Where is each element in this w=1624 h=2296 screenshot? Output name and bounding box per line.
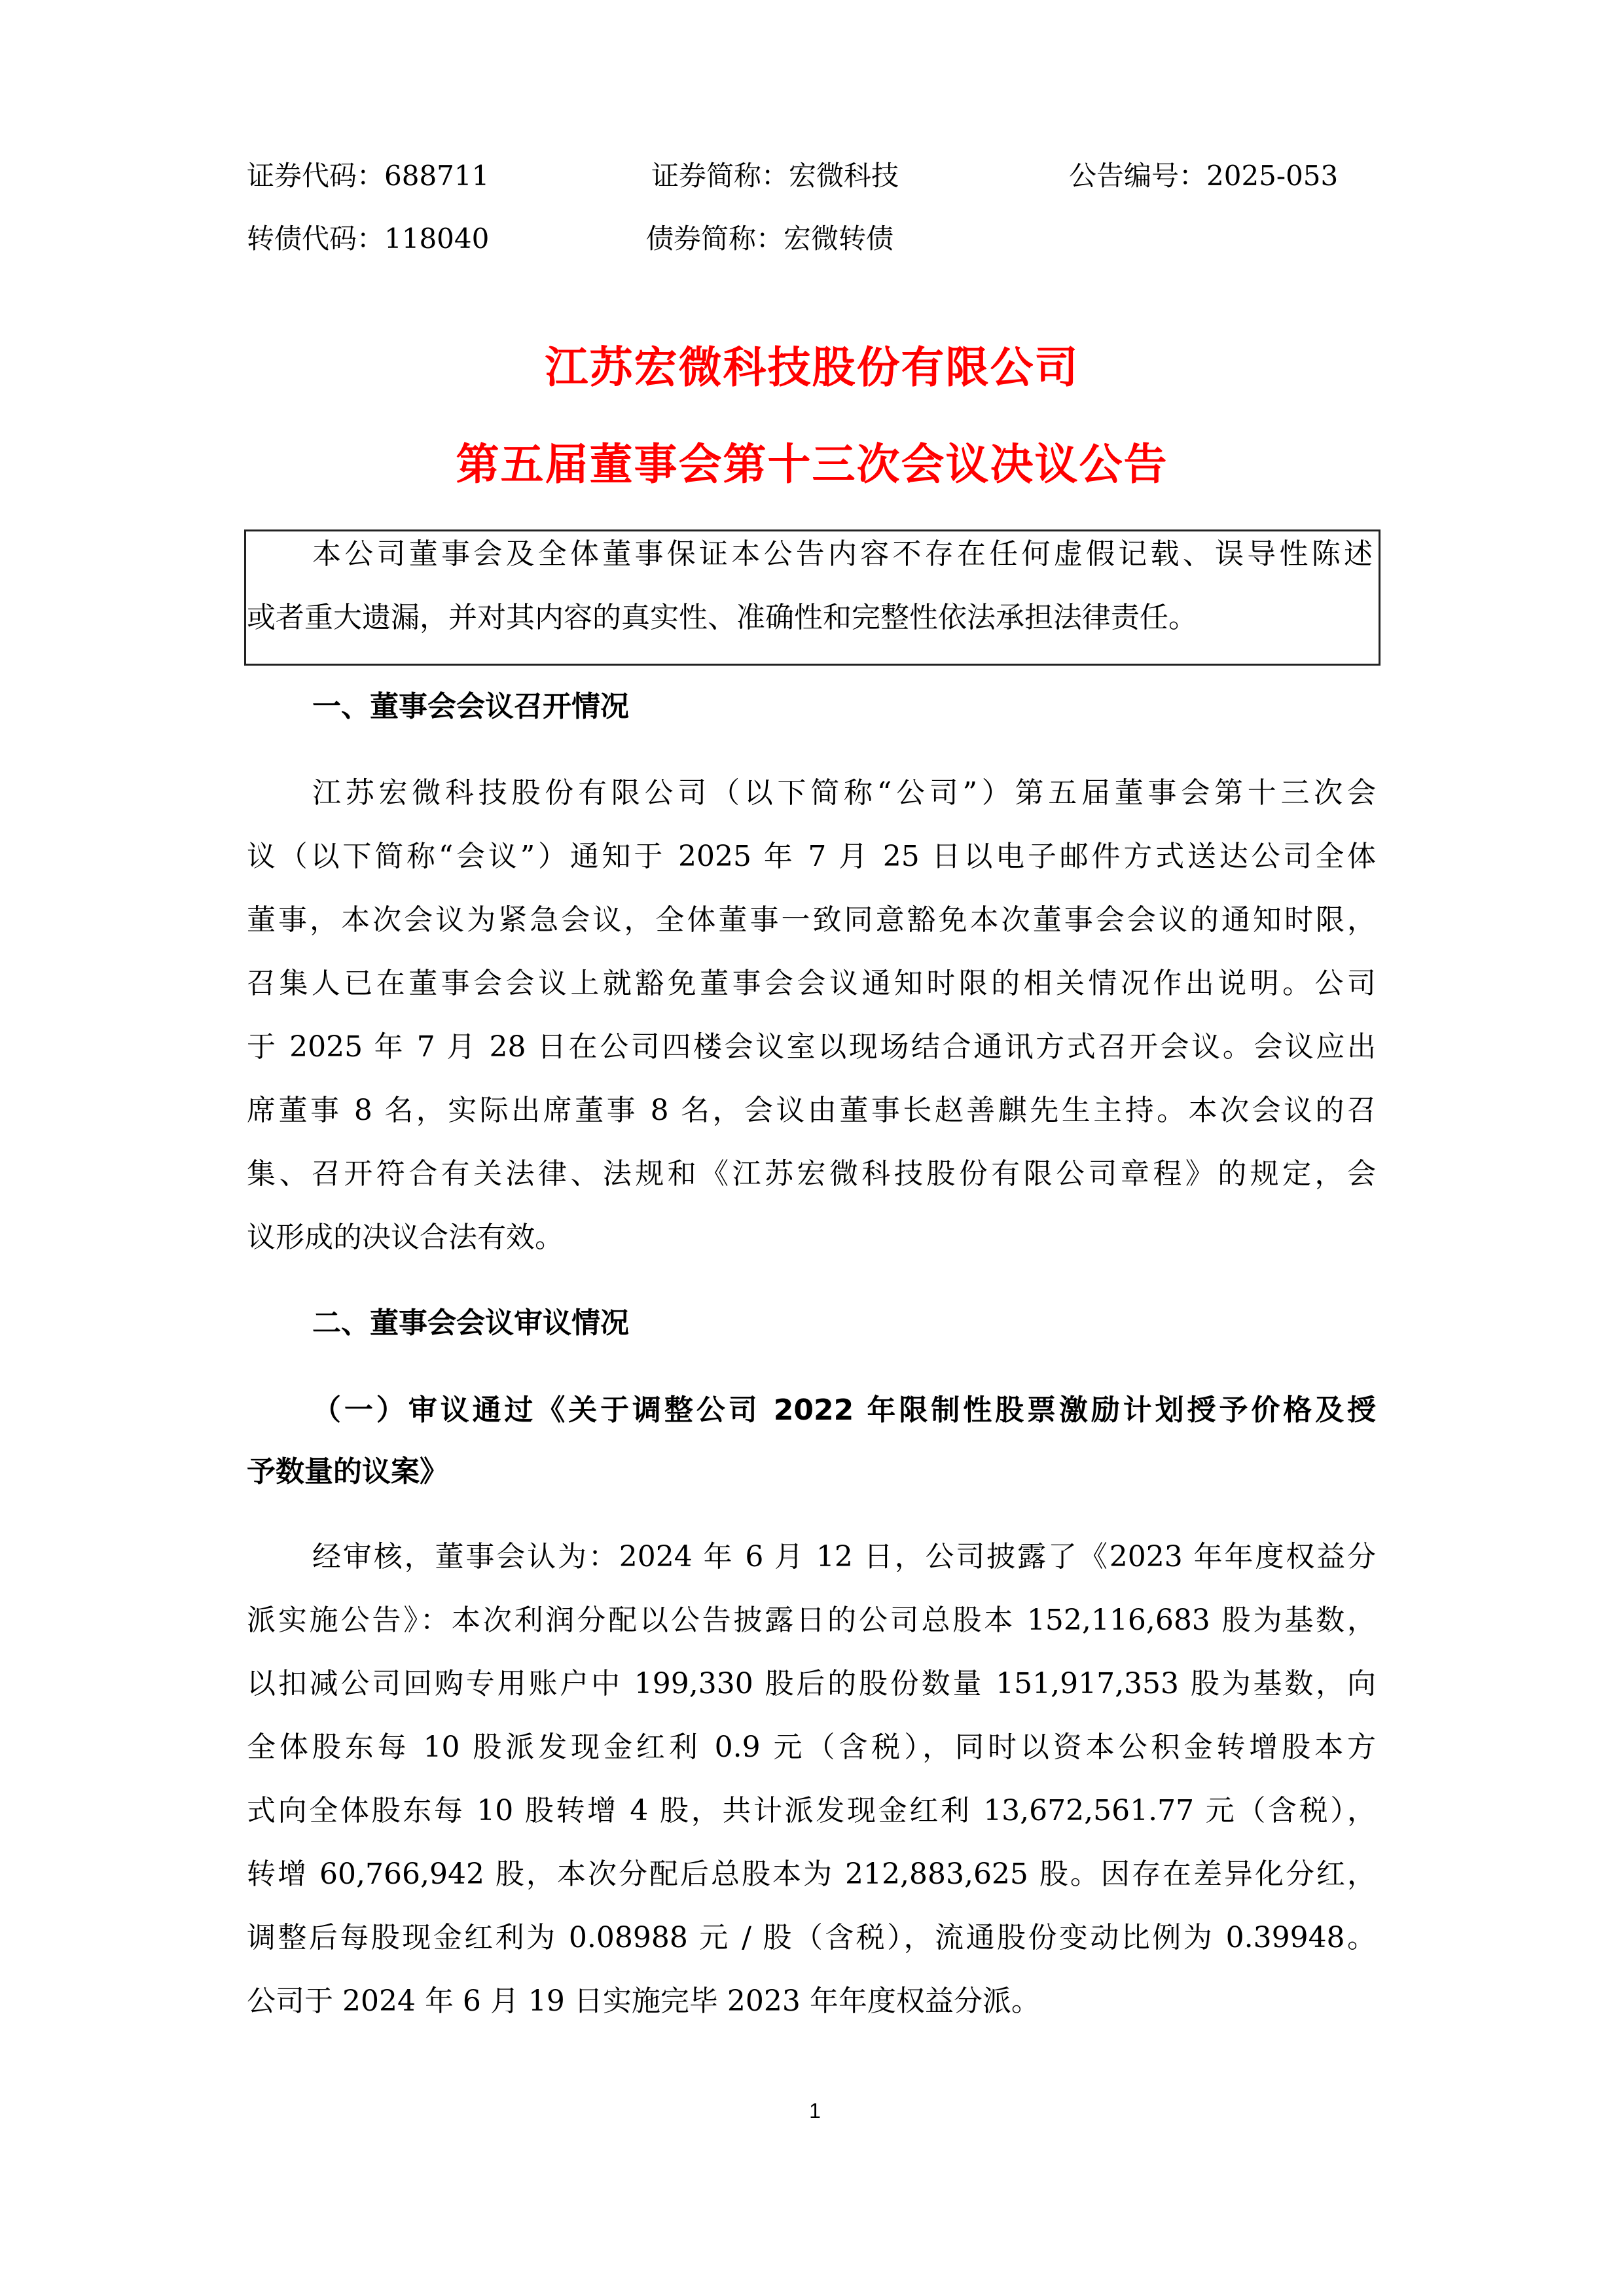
paragraph-line: 江苏宏微科技股份有限公司（以下简称“公司”）第五届董事会第十三次会 [312,775,1376,812]
stock-code: 证券代码：688711 [247,160,489,192]
paragraph-line: 议（以下简称“会议”）通知于 2025 年 7 月 25 日以电子邮件方式送达公… [247,838,1376,875]
paragraph-line: 全体股东每 10 股派发现金红利 0.9 元（含税），同时以资本公积金转增股本方 [247,1729,1376,1766]
section-heading-2: 二、董事会会议审议情况 [312,1305,629,1342]
stock-name: 证券简称：宏微科技 [651,160,899,192]
paragraph-line: 转增 60,766,942 股，本次分配后总股本为 212,883,625 股。… [247,1856,1376,1893]
paragraph-line: 派实施公告》：本次利润分配以公告披露日的公司总股本 152,116,683 股为… [247,1602,1376,1639]
disclaimer-line: 或者重大遗漏，并对其内容的真实性、准确性和完整性依法承担法律责任。 [247,600,1333,636]
document-page: 证券代码：688711 证券简称：宏微科技 公告编号：2025-053 转债代码… [0,0,1624,2296]
paragraph-line: 调整后每股现金红利为 0.08988 元 / 股（含税），流通股份变动比例为 0… [247,1920,1376,1956]
paragraph-line: 议形成的决议合法有效。 [247,1219,1376,1256]
paragraph-line: 集、召开符合有关法律、法规和《江苏宏微科技股份有限公司章程》的规定，会 [247,1156,1376,1193]
subsection-heading: （一）审议通过《关于调整公司 2022 年限制性股票激励计划授予价格及授 [312,1392,1376,1429]
paragraph-line: 召集人已在董事会会议上就豁免董事会会议通知时限的相关情况作出说明。公司 [247,965,1376,1002]
announcement-number: 公告编号：2025-053 [1069,160,1338,192]
subsection-heading: 予数量的议案》 [247,1454,1376,1490]
paragraph-line: 式向全体股东每 10 股转增 4 股，共计派发现金红利 13,672,561.7… [247,1793,1376,1829]
announcement-title: 第五届董事会第十三次会议决议公告 [0,440,1624,490]
paragraph-line: 公司于 2024 年 6 月 19 日实施完毕 2023 年年度权益分派。 [247,1983,1376,2020]
bond-name: 债券简称：宏微转债 [646,223,893,255]
paragraph-line: 于 2025 年 7 月 28 日在公司四楼会议室以现场结合通讯方式召开会议。会… [247,1029,1376,1066]
paragraph-line: 董事，本次会议为紧急会议，全体董事一致同意豁免本次董事会会议的通知时限， [247,902,1376,939]
page-number: 1 [802,2098,828,2124]
paragraph-line: 经审核，董事会认为：2024 年 6 月 12 日，公司披露了《2023 年年度… [312,1539,1376,1575]
section-heading-1: 一、董事会会议召开情况 [312,689,629,725]
paragraph-line: 以扣减公司回购专用账户中 199,330 股后的股份数量 151,917,353… [247,1666,1376,1702]
disclaimer-line: 本公司董事会及全体董事保证本公告内容不存在任何虚假记载、误导性陈述 [312,536,1373,573]
company-title: 江苏宏微科技股份有限公司 [0,343,1624,393]
bond-code: 转债代码：118040 [247,223,489,255]
paragraph-line: 席董事 8 名，实际出席董事 8 名，会议由董事长赵善麒先生主持。本次会议的召 [247,1092,1376,1129]
